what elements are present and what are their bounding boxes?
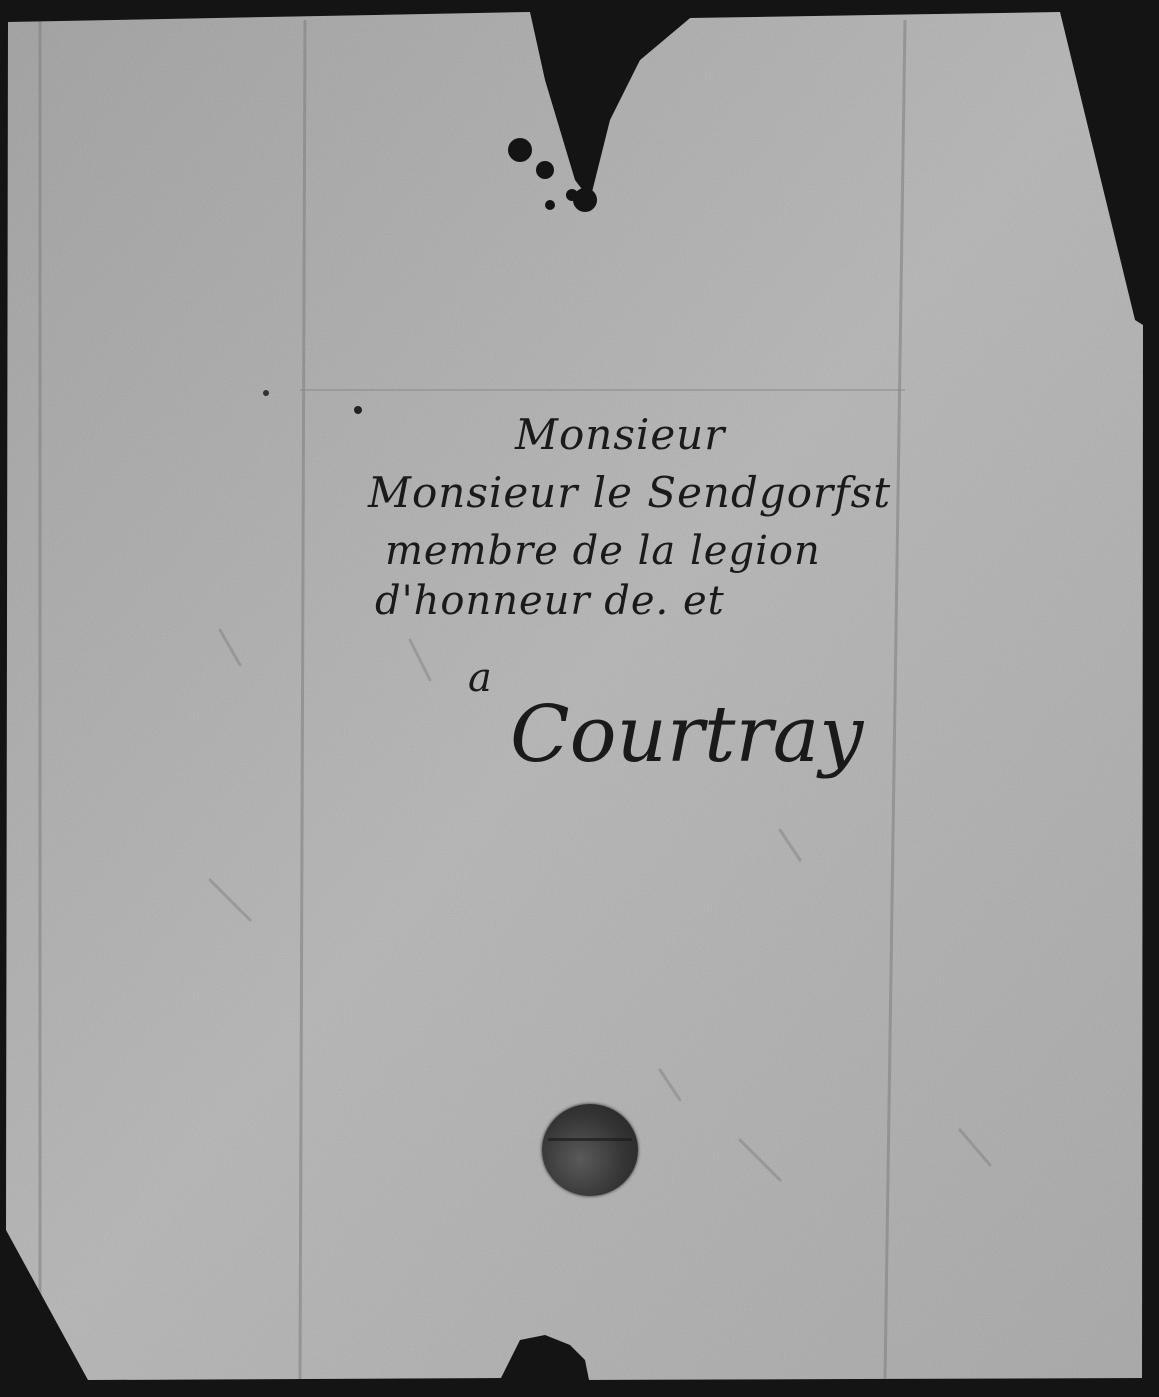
address-line-title: membre de la legion [385,528,821,574]
address-line-city: Courtray [510,690,863,780]
seal-impression-line [548,1138,632,1141]
wax-seal [542,1104,638,1196]
address-line-honour: d'honneur de. et [375,578,725,624]
address-line-name: Monsieur le Sendgorfst [368,468,891,517]
address-line-salutation: Monsieur [515,410,725,459]
address-line-a: a [468,655,493,701]
